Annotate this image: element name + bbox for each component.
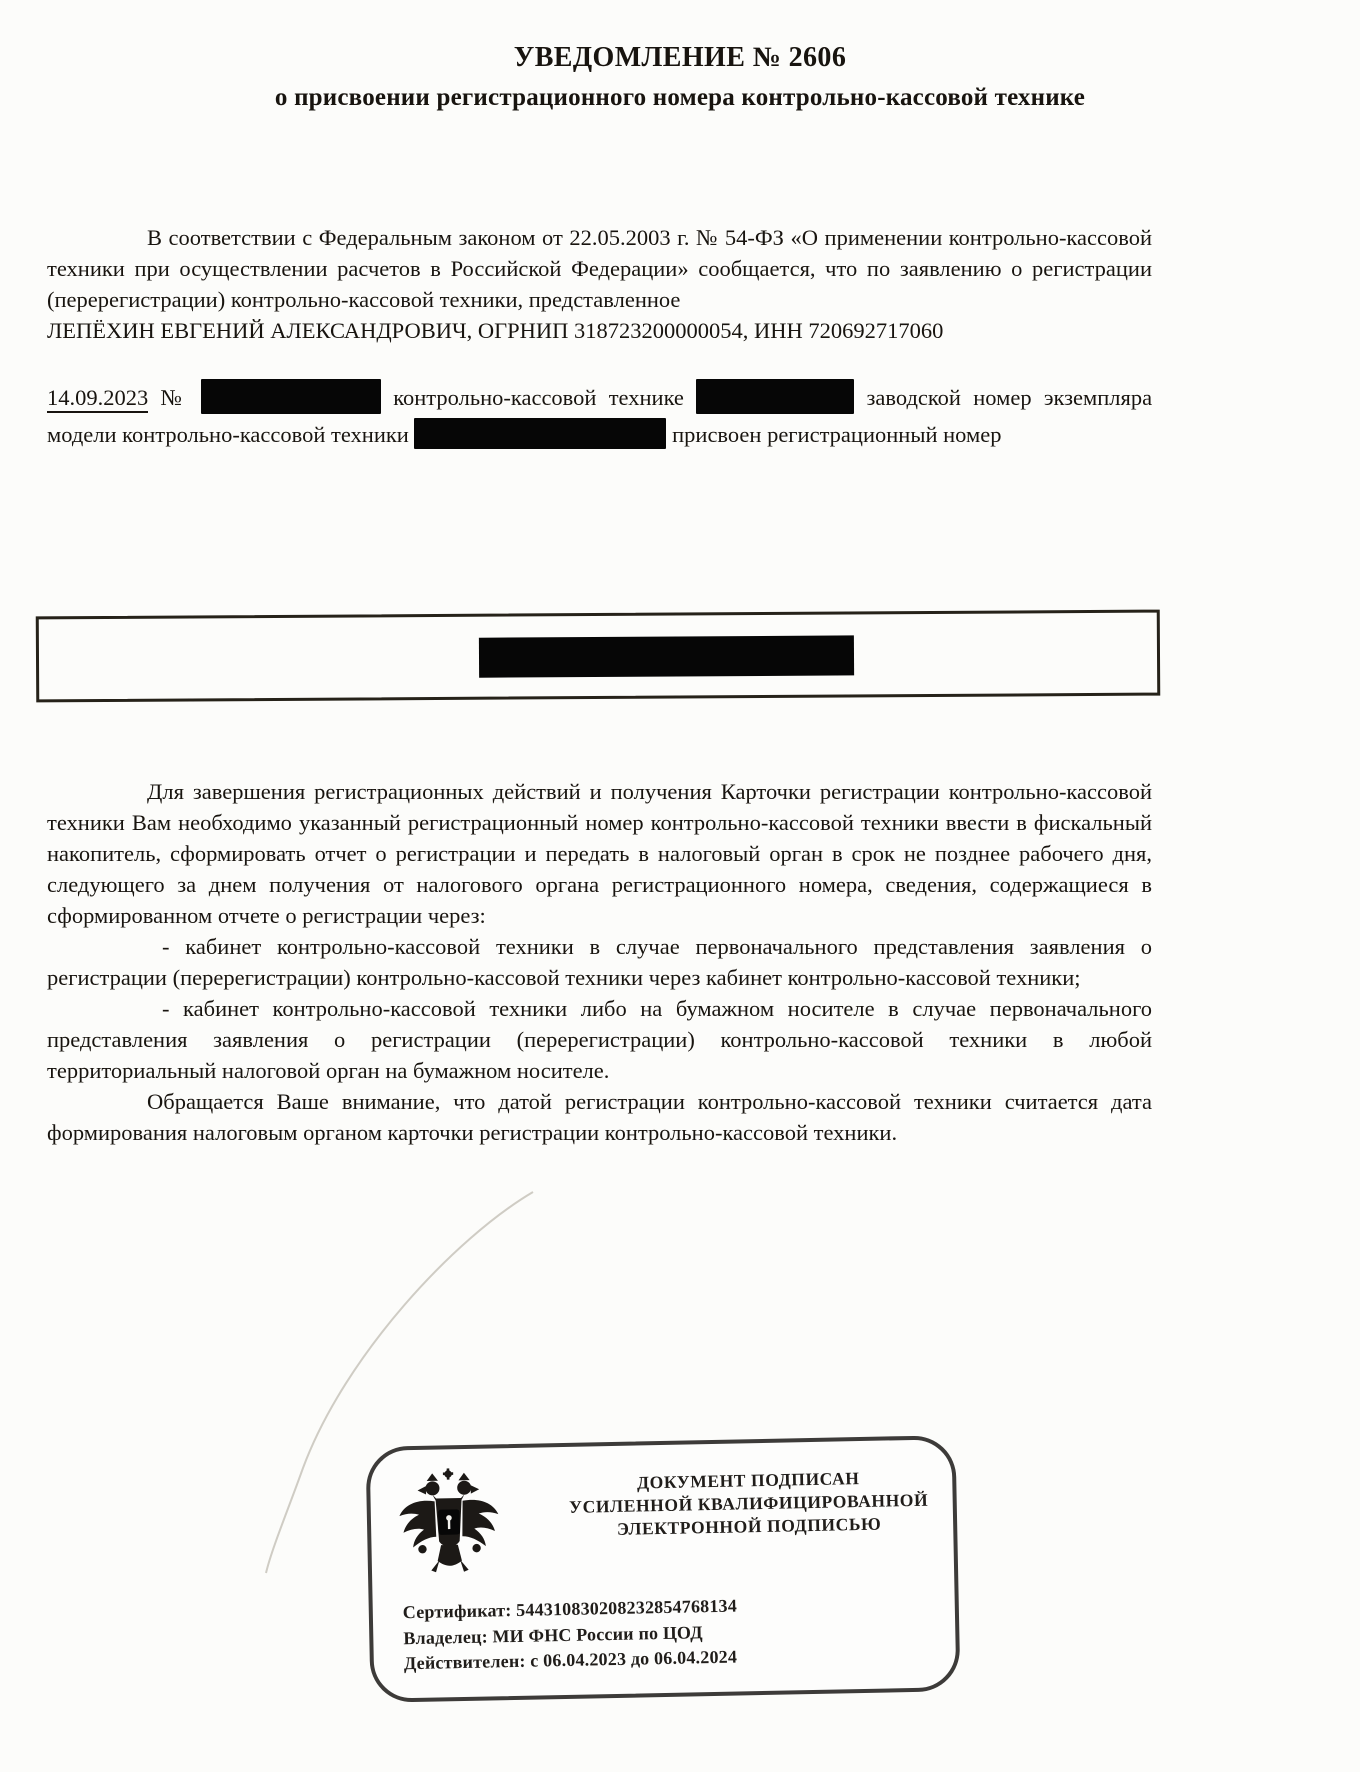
reg-text-after-number: контрольно-кассовой технике — [393, 385, 684, 410]
document-subtitle: о присвоении регистрационного номера кон… — [0, 84, 1360, 112]
body-paragraph-2: Обращается Ваше внимание, что датой реги… — [47, 1086, 1152, 1148]
stamp-header-text: ДОКУМЕНТ ПОДПИСАН УСИЛЕННОЙ КВАЛИФИЦИРОВ… — [556, 1465, 941, 1542]
intro-paragraph: В соответствии с Федеральным законом от … — [47, 222, 1152, 346]
redaction-bar-registration-number — [479, 635, 854, 677]
registration-paragraph: 14.09.2023 № контрольно-кассовой технике… — [47, 379, 1152, 453]
scanned-document-page: УВЕДОМЛЕНИЕ № 2606 о присвоении регистра… — [0, 0, 1360, 1772]
redaction-bar-kkt-model — [696, 379, 854, 414]
electronic-signature-stamp: ДОКУМЕНТ ПОДПИСАН УСИЛЕННОЙ КВАЛИФИЦИРОВ… — [365, 1435, 960, 1703]
body-bullet-1: - кабинет контрольно-кассовой техники в … — [47, 931, 1152, 993]
registration-date: 14.09.2023 — [47, 385, 148, 413]
redaction-bar-serial-number — [414, 418, 666, 449]
intro-text: В соответствии с Федеральным законом от … — [47, 225, 1152, 312]
number-sign: № — [161, 385, 189, 410]
russian-coat-of-arms-icon — [392, 1464, 506, 1588]
redaction-bar-application-number — [201, 379, 381, 414]
registration-number-box — [36, 610, 1161, 703]
body-paragraph-1: Для завершения регистрационных действий … — [47, 776, 1152, 931]
document-title: УВЕДОМЛЕНИЕ № 2606 — [0, 42, 1360, 74]
applicant-line: ЛЕПЁХИН ЕВГЕНИЙ АЛЕКСАНДРОВИЧ, ОГРНИП 31… — [47, 315, 1152, 346]
reg-text-assigned: присвоен регистрационный номер — [672, 422, 1001, 447]
body-text-block: Для завершения регистрационных действий … — [47, 776, 1152, 1148]
body-bullet-2: - кабинет контрольно-кассовой техники ли… — [47, 993, 1152, 1086]
stamp-certificate-block: Сертификат: 544310830208232854768134 Вла… — [403, 1590, 924, 1677]
